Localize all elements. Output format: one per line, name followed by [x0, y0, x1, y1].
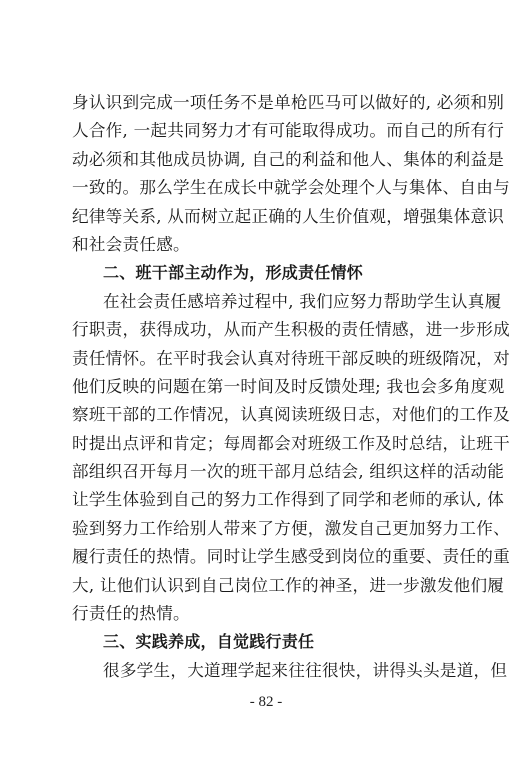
paragraph-line: 在社会责任感培养过程中, 我们应努力帮助学生认真履: [72, 288, 456, 316]
section-heading-2: 二、班干部主动作为，形成责任情怀: [72, 259, 456, 287]
paragraph-line: 行职责，获得成功，从而产生积极的责任情感，进一步形成: [72, 316, 456, 344]
paragraph-line: 动必须和其他成员协调, 自己的利益和他人、集体的利益是: [72, 146, 456, 174]
paragraph-line: 时提出点评和肯定；每周都会对班级工作及时总结，让班干: [72, 430, 456, 458]
section-heading-3: 三、实践养成，自觉践行责任: [72, 628, 456, 656]
paragraph-line: 身认识到完成一项任务不是单枪匹马可以做好的, 必须和别: [72, 89, 456, 117]
paragraph-line: 部组织召开每月一次的班干部月总结会, 组织这样的活动能: [72, 458, 456, 486]
paragraph-line: 大, 让他们认识到自己岗位工作的神圣，进一步激发他们履: [72, 572, 456, 600]
paragraph-line: 纪律等关系, 从而树立起正确的人生价值观，增强集体意识: [72, 203, 456, 231]
paragraph-line: 和社会责任感。: [72, 231, 456, 259]
page-number: - 82 -: [0, 694, 532, 711]
paragraph-line: 行责任的热情。: [72, 600, 456, 628]
document-body: 身认识到完成一项任务不是单枪匹马可以做好的, 必须和别 人合作, 一起共同努力才…: [72, 89, 456, 685]
paragraph-line: 人合作, 一起共同努力才有可能取得成功。而自己的所有行: [72, 117, 456, 145]
paragraph-line: 他们反映的问题在第一时间及时反馈处理; 我也会多角度观: [72, 373, 456, 401]
paragraph-line: 很多学生，大道理学起来往往很快，讲得头头是道，但: [72, 657, 456, 685]
paragraph-line: 履行责任的热情。同时让学生感受到岗位的重要、责任的重: [72, 543, 456, 571]
paragraph-line: 让学生体验到自己的努力工作得到了同学和老师的承认, 体: [72, 486, 456, 514]
paragraph-line: 责任情怀。在平时我会认真对待班干部反映的班级隋况，对: [72, 345, 456, 373]
paragraph-line: 察班干部的工作情况，认真阅读班级日志，对他们的工作及: [72, 401, 456, 429]
paragraph-line: 一致的。那么学生在成长中就学会处理个人与集体、自由与: [72, 174, 456, 202]
paragraph-line: 验到努力工作给别人带来了方便，激发自己更加努力工作、: [72, 515, 456, 543]
